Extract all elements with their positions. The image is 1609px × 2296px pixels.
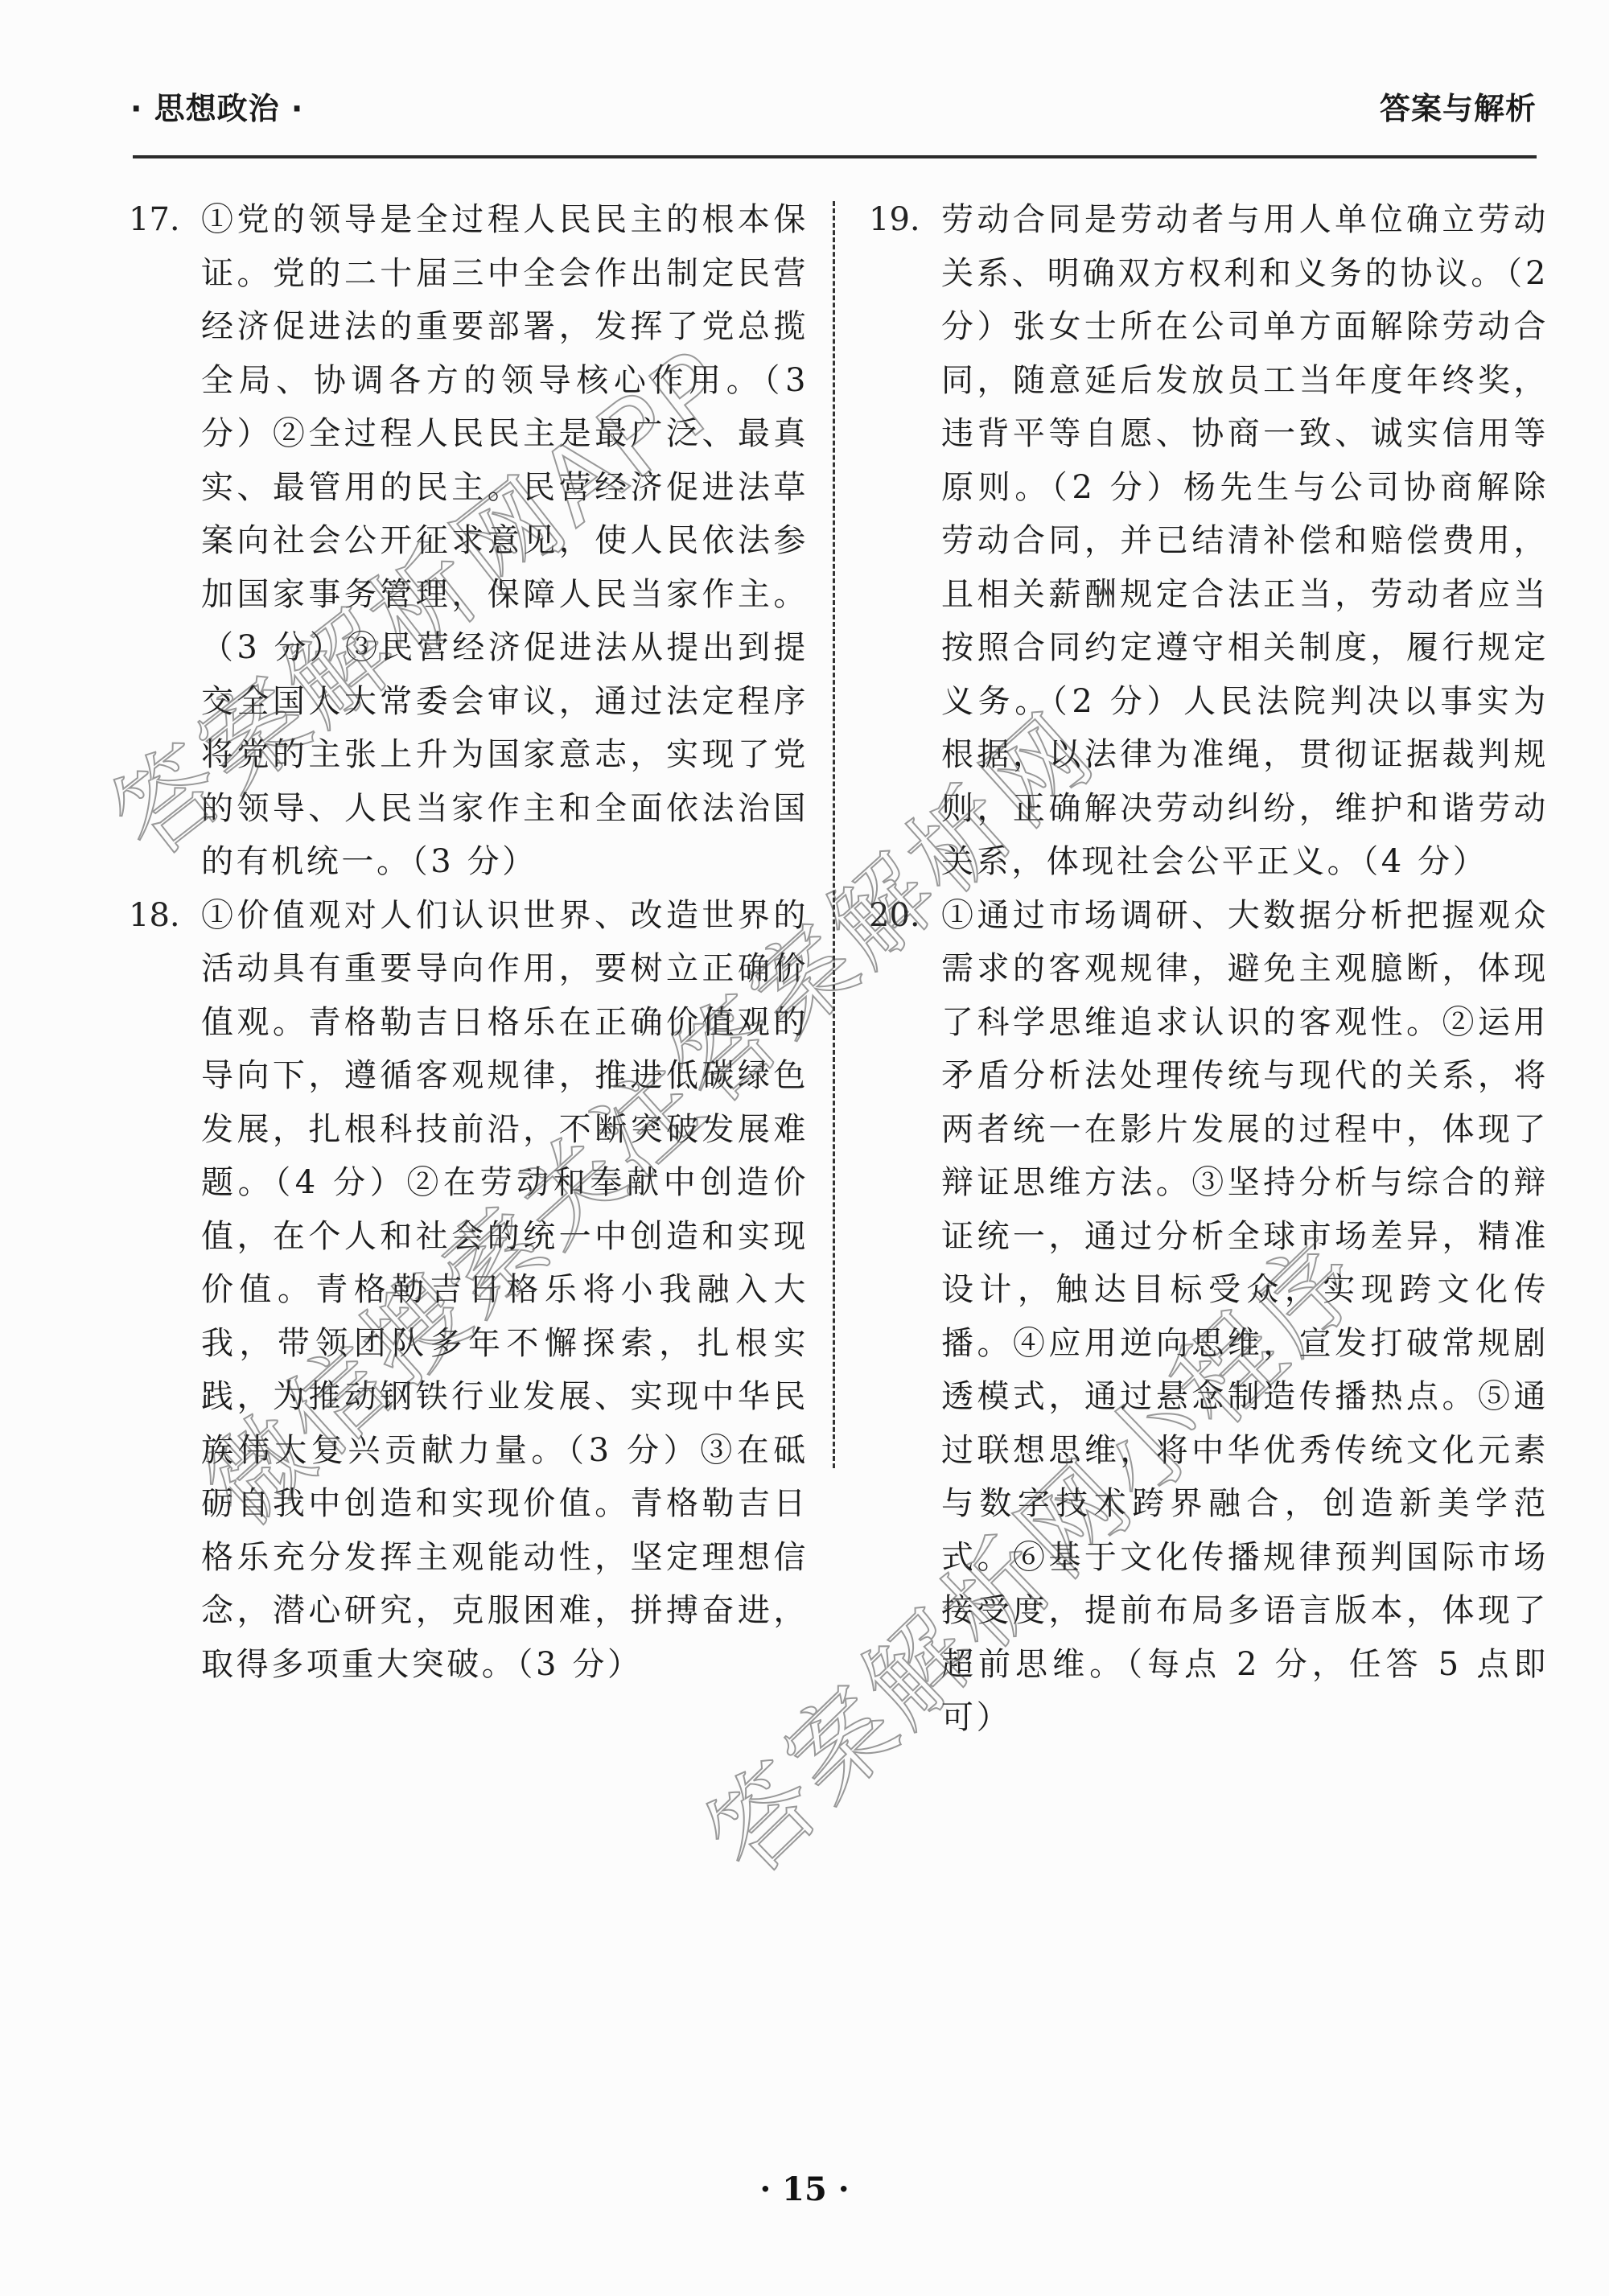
page-header: · 思想政治 · 答案与解析 (130, 84, 1537, 156)
page-number: · 15 · (0, 2171, 1609, 2208)
answer-item-17: 17. ①党的领导是全过程人民民主的根本保证。党的二十届三中全会作出制定民营经济… (129, 193, 809, 889)
item-number: 20. (869, 889, 920, 943)
item-number: 18. (129, 889, 180, 943)
subject-label: · 思想政治 · (130, 84, 303, 128)
column-divider (833, 201, 835, 1468)
right-column: 19. 劳动合同是劳动者与用人单位确立劳动关系、明确双方权利和义务的协议。（2 … (869, 193, 1549, 1745)
answer-item-19: 19. 劳动合同是劳动者与用人单位确立劳动关系、明确双方权利和义务的协议。（2 … (869, 193, 1549, 889)
item-number: 17. (129, 193, 180, 247)
header-divider (133, 155, 1537, 158)
section-label: 答案与解析 (1380, 84, 1537, 128)
answer-item-20: 20. ①通过市场调研、大数据分析把握观众需求的客观规律，避免主观臆断，体现了科… (869, 889, 1549, 1745)
item-text: ①党的领导是全过程人民民主的根本保证。党的二十届三中全会作出制定民营经济促进法的… (201, 193, 809, 889)
item-text: 劳动合同是劳动者与用人单位确立劳动关系、明确双方权利和义务的协议。（2 分）张女… (941, 193, 1549, 889)
item-text: ①价值观对人们认识世界、改造世界的活动具有重要导向作用，要树立正确价值观。青格勒… (201, 889, 809, 1692)
answer-item-18: 18. ①价值观对人们认识世界、改造世界的活动具有重要导向作用，要树立正确价值观… (129, 889, 809, 1692)
item-text: ①通过市场调研、大数据分析把握观众需求的客观规律，避免主观臆断，体现了科学思维追… (941, 889, 1549, 1745)
left-column: 17. ①党的领导是全过程人民民主的根本保证。党的二十届三中全会作出制定民营经济… (129, 193, 809, 1691)
item-number: 19. (869, 193, 920, 247)
document-page: · 思想政治 · 答案与解析 17. ①党的领导是全过程人民民主的根本保证。党的… (0, 0, 1609, 2296)
